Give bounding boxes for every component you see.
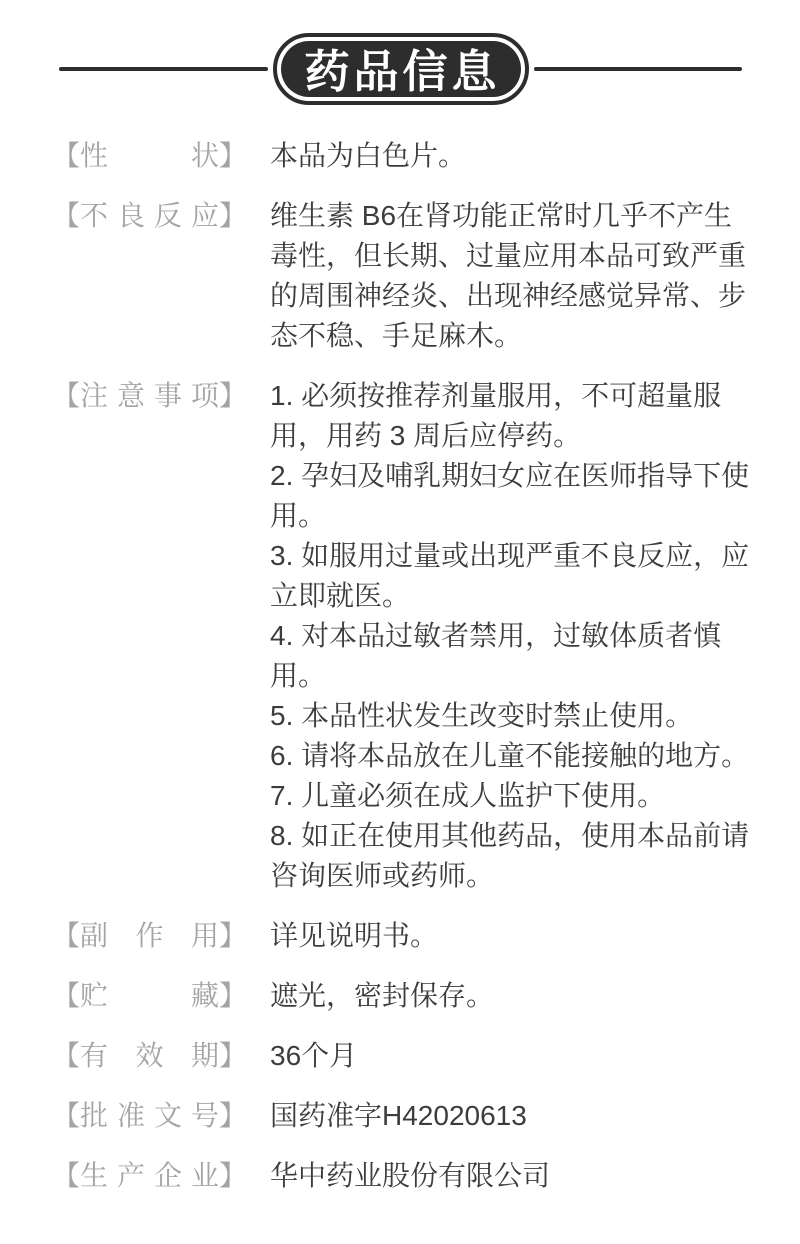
bracket-close: 】 <box>219 1096 247 1136</box>
note-item-1: 1. 必须按推荐剂量服用，不可超量服用，用药 3 周后应停药。 <box>270 376 750 456</box>
field-value-manufacturer: 华中药业股份有限公司 <box>270 1156 750 1196</box>
info-row-storage: 【贮藏】遮光，密封保存。 <box>52 976 750 1016</box>
field-label-text: 副作用 <box>80 916 219 956</box>
note-item-2: 2. 孕妇及哺乳期妇女应在医师指导下使用。 <box>270 456 750 536</box>
bracket-close: 】 <box>219 136 247 176</box>
note-item-6: 6. 请将本品放在儿童不能接触的地方。 <box>270 736 750 776</box>
field-value-side-effects: 详见说明书。 <box>270 916 750 956</box>
drug-info-badge-label: 药品信息 <box>281 41 521 97</box>
bracket-open: 【 <box>52 916 80 956</box>
header-rule-right <box>534 67 743 71</box>
field-label-manufacturer: 【生产企业】 <box>52 1156 247 1196</box>
drug-info-sections: 【性状】本品为白色片。【不良反应】维生素 B6在肾功能正常时几乎不产生毒性，但长… <box>52 136 750 1196</box>
info-row-shelf-life: 【有效期】36个月 <box>52 1036 750 1076</box>
bracket-close: 】 <box>219 196 247 236</box>
info-row-approval-number: 【批准文号】国药准字H42020613 <box>52 1096 750 1136</box>
field-value-properties: 本品为白色片。 <box>270 136 750 176</box>
header-rule-left <box>59 67 268 71</box>
drug-info-page: 药品信息 【性状】本品为白色片。【不良反应】维生素 B6在肾功能正常时几乎不产生… <box>0 0 800 1244</box>
field-label-side-effects: 【副作用】 <box>52 916 247 956</box>
bracket-close: 】 <box>219 916 247 956</box>
field-label-approval-number: 【批准文号】 <box>52 1096 247 1136</box>
field-label-adverse-reactions: 【不良反应】 <box>52 196 247 236</box>
drug-info-badge: 药品信息 <box>273 33 529 105</box>
info-row-precautions: 【注意事项】1. 必须按推荐剂量服用，不可超量服用，用药 3 周后应停药。2. … <box>52 376 750 896</box>
field-label-text: 有效期 <box>80 1036 219 1076</box>
bracket-close: 】 <box>219 1156 247 1196</box>
note-item-4: 4. 对本品过敏者禁用，过敏体质者慎用。 <box>270 616 750 696</box>
field-label-text: 批准文号 <box>80 1096 219 1136</box>
drug-info-header: 药品信息 <box>52 33 750 105</box>
note-item-5: 5. 本品性状发生改变时禁止使用。 <box>270 696 750 736</box>
note-item-3: 3. 如服用过量或出现严重不良反应，应立即就医。 <box>270 536 750 616</box>
bracket-close: 】 <box>219 1036 247 1076</box>
bracket-open: 【 <box>52 1096 80 1136</box>
info-row-adverse-reactions: 【不良反应】维生素 B6在肾功能正常时几乎不产生毒性，但长期、过量应用本品可致严… <box>52 196 750 356</box>
field-label-text: 不良反应 <box>80 196 219 236</box>
bracket-close: 】 <box>219 376 247 416</box>
field-value-precautions: 1. 必须按推荐剂量服用，不可超量服用，用药 3 周后应停药。2. 孕妇及哺乳期… <box>270 376 750 896</box>
bracket-open: 【 <box>52 976 80 1016</box>
bracket-close: 】 <box>219 976 247 1016</box>
field-label-text: 注意事项 <box>80 376 219 416</box>
field-label-shelf-life: 【有效期】 <box>52 1036 247 1076</box>
bracket-open: 【 <box>52 136 80 176</box>
bracket-open: 【 <box>52 376 80 416</box>
bracket-open: 【 <box>52 1156 80 1196</box>
field-label-storage: 【贮藏】 <box>52 976 247 1016</box>
field-label-properties: 【性状】 <box>52 136 247 176</box>
note-item-7: 7. 儿童必须在成人监护下使用。 <box>270 776 750 816</box>
field-value-shelf-life: 36个月 <box>270 1036 750 1076</box>
note-item-8: 8. 如正在使用其他药品，使用本品前请咨询医师或药师。 <box>270 816 750 896</box>
info-row-manufacturer: 【生产企业】华中药业股份有限公司 <box>52 1156 750 1196</box>
field-label-text: 性状 <box>80 136 219 176</box>
field-value-storage: 遮光，密封保存。 <box>270 976 750 1016</box>
info-row-side-effects: 【副作用】详见说明书。 <box>52 916 750 956</box>
field-label-precautions: 【注意事项】 <box>52 376 247 416</box>
field-value-adverse-reactions: 维生素 B6在肾功能正常时几乎不产生毒性，但长期、过量应用本品可致严重的周围神经… <box>270 196 750 356</box>
bracket-open: 【 <box>52 1036 80 1076</box>
field-label-text: 贮藏 <box>80 976 219 1016</box>
field-value-approval-number: 国药准字H42020613 <box>270 1096 750 1136</box>
bracket-open: 【 <box>52 196 80 236</box>
info-row-properties: 【性状】本品为白色片。 <box>52 136 750 176</box>
field-label-text: 生产企业 <box>80 1156 219 1196</box>
